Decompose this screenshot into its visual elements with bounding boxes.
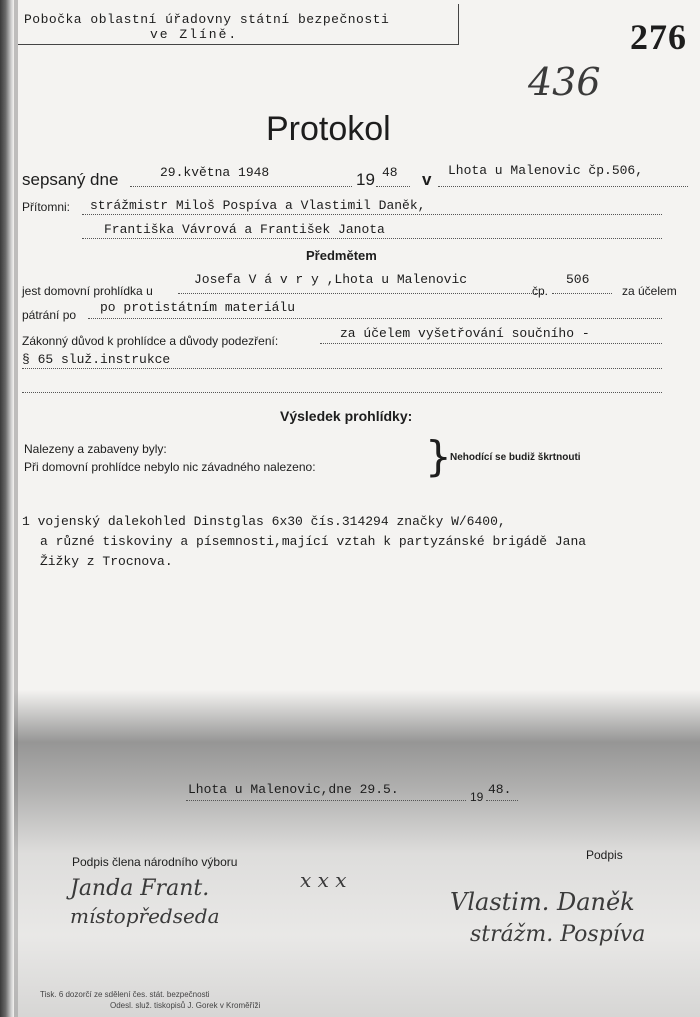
predmetem-heading: Předmětem <box>306 248 377 263</box>
place-field: Lhota u Malenovic čp.506, <box>448 163 643 178</box>
result-line-2: a různé tiskoviny a písemnosti,mající vz… <box>40 534 586 549</box>
scan-edge <box>0 0 14 1017</box>
handwritten-number: 436 <box>528 60 601 104</box>
duvod-field-1: za účelem vyšetřování součního - <box>340 326 590 341</box>
sepsany-label: sepsaný dne <box>22 170 118 190</box>
footer-year-field: 48. <box>488 782 511 797</box>
patrani-field: po protistátním materiálu <box>100 300 295 315</box>
pritomni-line-1: strážmistr Miloš Pospíva a Vlastimil Dan… <box>90 198 425 213</box>
duvod-label: Zákonný důvod k prohlídce a důvody podez… <box>22 334 278 348</box>
patrani-label: pátrání po <box>22 308 76 322</box>
nalezeny-label: Nalezeny a zabaveny byly: <box>24 442 167 456</box>
podpis-label: Podpis <box>586 848 623 862</box>
signature-crosses: x x x <box>300 868 347 892</box>
document-page: Pobočka oblastní úřadovny státní bezpečn… <box>0 0 700 1017</box>
year-prefix: 19 <box>356 170 375 190</box>
printer-line-1: Tisk. 6 dozorčí ze sdělení čes. stát. be… <box>40 990 210 999</box>
result-line-1: 1 vojenský dalekohled Dinstglas 6x30 čís… <box>22 514 506 529</box>
domovni-label: jest domovní prohlídka u <box>22 284 153 298</box>
place-date-field: Lhota u Malenovic,dne 29.5. <box>188 782 399 797</box>
brace-icon: } <box>425 436 452 478</box>
page-number-stamp: 276 <box>630 16 687 58</box>
cp-field: 506 <box>566 272 589 287</box>
office-line-1: Pobočka oblastní úřadovny státní bezpečn… <box>24 12 389 27</box>
document-title: Protokol <box>266 110 391 149</box>
footer-year-prefix: 19 <box>470 790 483 804</box>
year-field: 48 <box>382 165 398 180</box>
pritomni-label: Přítomni: <box>22 200 70 214</box>
printer-line-2: Odesl. služ. tiskopisů J. Gorek v Kroměř… <box>110 1001 260 1010</box>
ucelem-label: za účelem <box>622 284 677 298</box>
signature-left-1: Janda Frant. <box>70 876 209 901</box>
result-line-3: Žižky z Trocnova. <box>40 554 173 569</box>
signature-right-2: strážm. Pospíva <box>470 922 645 947</box>
v-label: v <box>422 170 431 190</box>
signature-right-1: Vlastim. Daněk <box>450 888 635 916</box>
signature-left-2: místopředseda <box>70 904 220 928</box>
date-field: 29.května 1948 <box>160 165 269 180</box>
office-line-2: ve Zlíně. <box>150 27 238 42</box>
nebylo-label: Při domovní prohlídce nebylo nic závadné… <box>24 460 316 474</box>
pritomni-line-2: Františka Vávrová a František Janota <box>104 222 385 237</box>
duvod-field-2: § 65 služ.instrukce <box>22 352 170 367</box>
cp-label: čp. <box>532 284 548 298</box>
brace-note: Nehodící se budiž škrtnouti <box>450 452 581 463</box>
owner-field: Josefa V á v r y ,Lhota u Malenovic <box>194 272 467 287</box>
podpis-clena-label: Podpis člena národního výboru <box>72 855 237 869</box>
vysledek-heading: Výsledek prohlídky: <box>280 408 412 424</box>
